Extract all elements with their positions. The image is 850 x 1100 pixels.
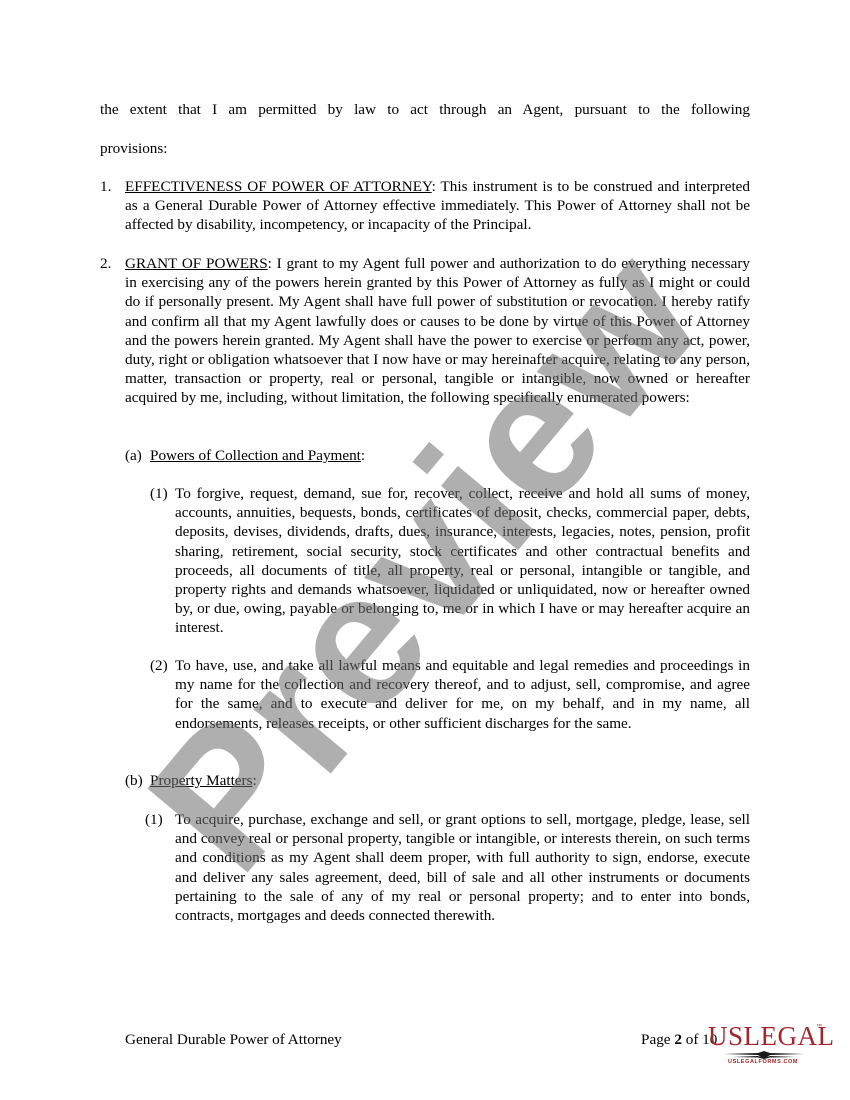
uslegal-logo[interactable]: USLEGAL ™ USLEGALFORMS.COM (706, 1022, 824, 1068)
item-text: To acquire, purchase, exchange and sell,… (175, 810, 750, 925)
subsection-label: (a) (125, 446, 142, 465)
item-text: To have, use, and take all lawful means … (175, 656, 750, 733)
section-number: 1. (100, 177, 111, 196)
section-text: I grant to my Agent full power and autho… (125, 255, 750, 406)
section-heading: EFFECTIVENESS OF POWER OF ATTORNEY (125, 178, 432, 195)
eagle-wings-icon (724, 1051, 804, 1059)
trademark-icon: ™ (816, 1024, 822, 1030)
item-label: (1) (150, 484, 168, 503)
intro-line-2: provisions: (100, 139, 750, 158)
section-body: GRANT OF POWERS: I grant to my Agent ful… (125, 254, 750, 408)
subsection-heading: Property Matters (150, 772, 253, 789)
page-current: 2 (674, 1031, 682, 1048)
section-heading: GRANT OF POWERS (125, 255, 268, 272)
section-number: 2. (100, 254, 111, 273)
section-body: EFFECTIVENESS OF POWER OF ATTORNEY: This… (125, 177, 750, 235)
item-label: (2) (150, 656, 168, 675)
logo-url: USLEGALFORMS.COM (728, 1059, 798, 1065)
subsection-label: (b) (125, 771, 143, 790)
item-text: To forgive, request, demand, sue for, re… (175, 484, 750, 638)
footer-title: General Durable Power of Attorney (125, 1031, 342, 1049)
subsection-heading: Powers of Collection and Payment (150, 447, 361, 464)
item-label: (1) (145, 810, 163, 829)
intro-line-1: the extent that I am permitted by law to… (100, 100, 750, 119)
document-page: the extent that I am permitted by law to… (0, 0, 850, 1100)
